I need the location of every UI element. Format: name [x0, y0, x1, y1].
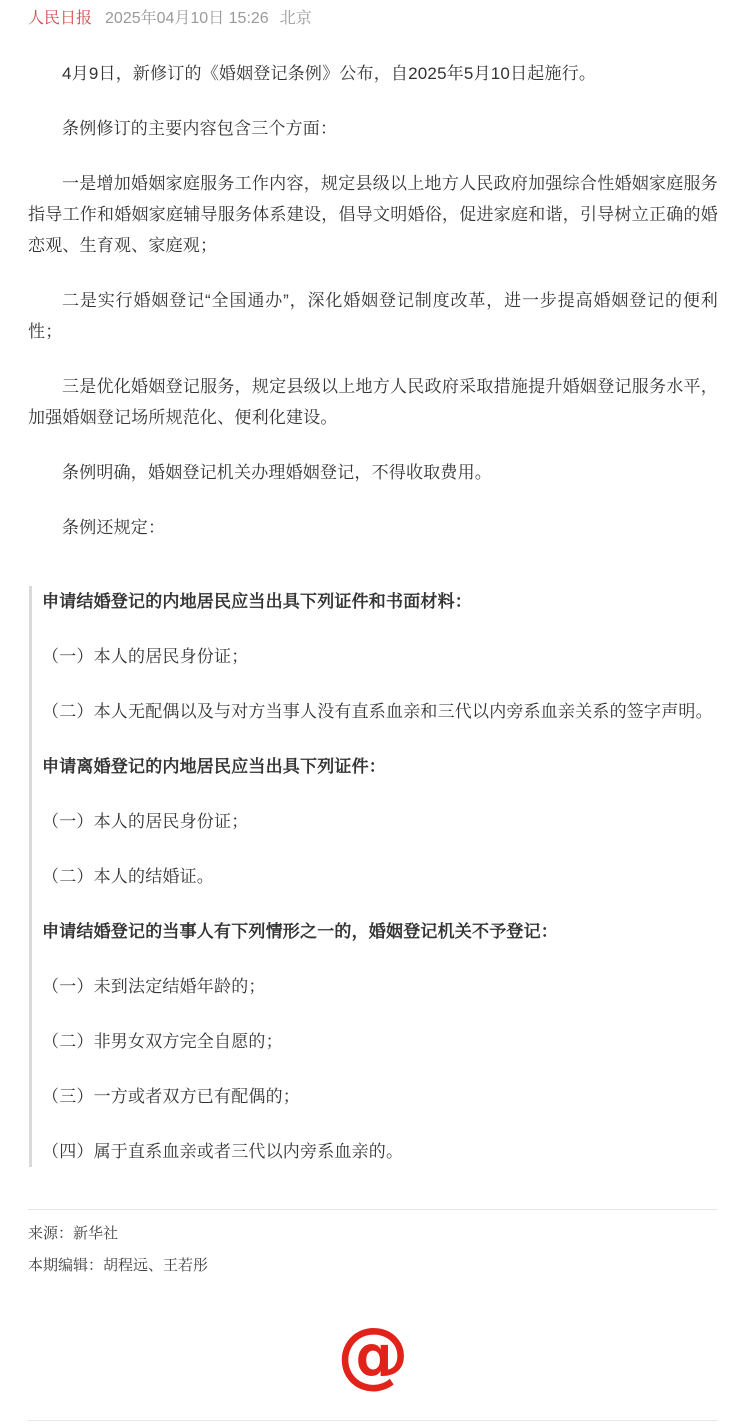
blockquote-item: （二）本人的结婚证。 [42, 861, 718, 892]
publish-timestamp: 2025年04月10日 15:26 [105, 8, 269, 30]
publish-location: 北京 [280, 8, 312, 30]
logo-row: @ [28, 1318, 718, 1390]
paragraph-overview: 条例修订的主要内容包含三个方面： [28, 113, 718, 144]
paragraph-no-fee: 条例明确，婚姻登记机关办理婚姻登记，不得收取费用。 [28, 457, 718, 488]
credits-block: 来源：新华社 本期编辑：胡程远、王若彤 [28, 1210, 718, 1282]
bottom-divider [28, 1420, 718, 1421]
editor-line: 本期编辑：胡程远、王若彤 [28, 1250, 718, 1282]
article-page: 人民日报 2025年04月10日 15:26 北京 4月9日，新修订的《婚姻登记… [0, 0, 745, 1427]
blockquote-heading-divorce-docs: 申请离婚登记的内地居民应当出具下列证件： [42, 751, 718, 782]
source-line: 来源：新华社 [28, 1218, 718, 1250]
paragraph-intro: 4月9日，新修订的《婚姻登记条例》公布，自2025年5月10日起施行。 [28, 58, 718, 89]
blockquote-item: （一）本人的居民身份证； [42, 641, 718, 672]
paragraph-point-3: 三是优化婚姻登记服务，规定县级以上地方人民政府采取措施提升婚姻登记服务水平，加强… [28, 371, 718, 433]
at-symbol-logo-icon: @ [337, 1318, 409, 1390]
blockquote-item: （二）本人无配偶以及与对方当事人没有直系血亲和三代以内旁系血亲关系的签字声明。 [42, 696, 718, 727]
blockquote-item: （三）一方或者双方已有配偶的； [42, 1081, 718, 1112]
regulation-blockquote: 申请结婚登记的内地居民应当出具下列证件和书面材料： （一）本人的居民身份证； （… [29, 586, 718, 1167]
paragraph-point-1: 一是增加婚姻家庭服务工作内容，规定县级以上地方人民政府加强综合性婚姻家庭服务指导… [28, 168, 718, 261]
article-meta-header: 人民日报 2025年04月10日 15:26 北京 [28, 8, 718, 30]
blockquote-item: （一）本人的居民身份证； [42, 806, 718, 837]
blockquote-item: （四）属于直系血亲或者三代以内旁系血亲的。 [42, 1136, 718, 1167]
paragraph-point-2: 二是实行婚姻登记“全国通办”，深化婚姻登记制度改革，进一步提高婚姻登记的便利性； [28, 285, 718, 347]
article-body: 4月9日，新修订的《婚姻登记条例》公布，自2025年5月10日起施行。 条例修订… [28, 58, 718, 1167]
blockquote-heading-marriage-docs: 申请结婚登记的内地居民应当出具下列证件和书面材料： [42, 586, 718, 617]
article-footer: 来源：新华社 本期编辑：胡程远、王若彤 @ [28, 1209, 718, 1421]
blockquote-item: （二）非男女双方完全自愿的； [42, 1026, 718, 1057]
account-name-link[interactable]: 人民日报 [28, 8, 92, 30]
blockquote-item: （一）未到法定结婚年龄的； [42, 971, 718, 1002]
blockquote-heading-refusal-cases: 申请结婚登记的当事人有下列情形之一的，婚姻登记机关不予登记： [42, 916, 718, 947]
paragraph-lead-in: 条例还规定： [28, 512, 718, 543]
